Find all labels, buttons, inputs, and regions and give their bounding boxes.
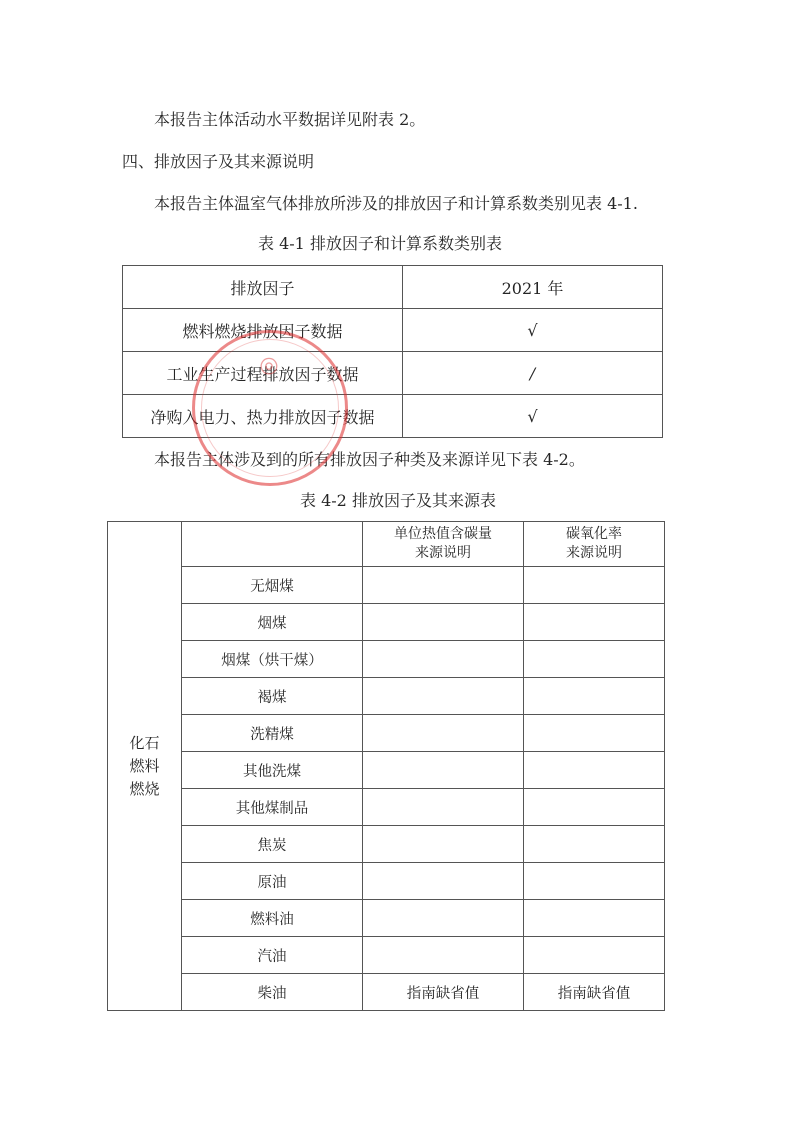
table-row: 褐煤 bbox=[108, 678, 665, 715]
oxidation-rate-cell bbox=[524, 641, 665, 678]
fuel-cell: 褐煤 bbox=[182, 678, 363, 715]
group-label-line: 燃料 bbox=[108, 755, 181, 778]
fuel-cell: 洗精煤 bbox=[182, 715, 363, 752]
header-carbon-content: 单位热值含碳量 来源说明 bbox=[363, 522, 524, 567]
carbon-content-cell bbox=[363, 789, 524, 826]
group-cell-fossil-fuel-combustion: 化石 燃料 燃烧 bbox=[108, 522, 182, 1011]
carbon-content-cell bbox=[363, 826, 524, 863]
table-row: 燃料燃烧排放因子数据 √ bbox=[123, 309, 663, 352]
table-row: 烟煤 bbox=[108, 604, 665, 641]
table-row: 汽油 bbox=[108, 937, 665, 974]
table-4-1: 排放因子 2021 年 燃料燃烧排放因子数据 √ 工业生产过程排放因子数据 / … bbox=[122, 265, 663, 438]
table-row: 工业生产过程排放因子数据 / bbox=[123, 352, 663, 395]
oxidation-rate-cell bbox=[524, 678, 665, 715]
carbon-content-cell bbox=[363, 900, 524, 937]
carbon-content-cell bbox=[363, 715, 524, 752]
factor-cell: 工业生产过程排放因子数据 bbox=[123, 352, 403, 395]
group-label-line: 化石 bbox=[108, 732, 181, 755]
fuel-cell: 烟煤 bbox=[182, 604, 363, 641]
table-4-2-caption: 表 4-2 排放因子及其来源表 bbox=[300, 491, 496, 511]
fuel-cell: 汽油 bbox=[182, 937, 363, 974]
table-row: 焦炭 bbox=[108, 826, 665, 863]
table-row: 洗精煤 bbox=[108, 715, 665, 752]
header-oxidation-rate: 碳氧化率 来源说明 bbox=[524, 522, 665, 567]
header-year: 2021 年 bbox=[403, 266, 663, 309]
oxidation-rate-cell bbox=[524, 567, 665, 604]
header-line: 来源说明 bbox=[524, 544, 664, 563]
oxidation-rate-cell bbox=[524, 826, 665, 863]
table-row: 柴油指南缺省值指南缺省值 bbox=[108, 974, 665, 1011]
value-cell: / bbox=[403, 352, 663, 395]
carbon-content-cell bbox=[363, 678, 524, 715]
oxidation-rate-cell bbox=[524, 789, 665, 826]
header-line: 来源说明 bbox=[363, 544, 523, 563]
fuel-cell: 其他洗煤 bbox=[182, 752, 363, 789]
oxidation-rate-cell bbox=[524, 715, 665, 752]
carbon-content-cell: 指南缺省值 bbox=[363, 974, 524, 1011]
table-header-row: 化石 燃料 燃烧 单位热值含碳量 来源说明 碳氧化率 来源说明 bbox=[108, 522, 665, 567]
oxidation-rate-cell bbox=[524, 863, 665, 900]
table-4-1-caption: 表 4-1 排放因子和计算系数类别表 bbox=[258, 234, 502, 254]
oxidation-rate-cell: 指南缺省值 bbox=[524, 974, 665, 1011]
fuel-cell: 烟煤（烘干煤） bbox=[182, 641, 363, 678]
header-line: 碳氧化率 bbox=[524, 525, 664, 544]
fuel-cell: 燃料油 bbox=[182, 900, 363, 937]
carbon-content-cell bbox=[363, 567, 524, 604]
oxidation-rate-cell bbox=[524, 604, 665, 641]
carbon-content-cell bbox=[363, 752, 524, 789]
table-row: 燃料油 bbox=[108, 900, 665, 937]
value-cell: √ bbox=[403, 309, 663, 352]
section-heading: 四、排放因子及其来源说明 bbox=[122, 152, 314, 172]
paragraph-factor-sources: 本报告主体涉及到的所有排放因子种类及来源详见下表 4-2。 bbox=[154, 450, 585, 470]
header-fuel-empty bbox=[182, 522, 363, 567]
value-cell: √ bbox=[403, 395, 663, 438]
fuel-cell: 其他煤制品 bbox=[182, 789, 363, 826]
paragraph-activity-data: 本报告主体活动水平数据详见附表 2。 bbox=[154, 110, 425, 130]
paragraph-factor-intro: 本报告主体温室气体排放所涉及的排放因子和计算系数类别见表 4-1. bbox=[154, 194, 638, 214]
table-4-2: 化石 燃料 燃烧 单位热值含碳量 来源说明 碳氧化率 来源说明 无烟煤 烟煤 烟… bbox=[107, 521, 665, 1011]
table-row: 其他洗煤 bbox=[108, 752, 665, 789]
group-label-line: 燃烧 bbox=[108, 778, 181, 801]
table-row: 净购入电力、热力排放因子数据 √ bbox=[123, 395, 663, 438]
table-header-row: 排放因子 2021 年 bbox=[123, 266, 663, 309]
header-line: 单位热值含碳量 bbox=[363, 525, 523, 544]
table-row: 原油 bbox=[108, 863, 665, 900]
table-row: 无烟煤 bbox=[108, 567, 665, 604]
fuel-cell: 柴油 bbox=[182, 974, 363, 1011]
fuel-cell: 无烟煤 bbox=[182, 567, 363, 604]
table-row: 烟煤（烘干煤） bbox=[108, 641, 665, 678]
carbon-content-cell bbox=[363, 641, 524, 678]
oxidation-rate-cell bbox=[524, 937, 665, 974]
fuel-cell: 焦炭 bbox=[182, 826, 363, 863]
oxidation-rate-cell bbox=[524, 900, 665, 937]
fuel-cell: 原油 bbox=[182, 863, 363, 900]
carbon-content-cell bbox=[363, 937, 524, 974]
carbon-content-cell bbox=[363, 863, 524, 900]
factor-cell: 净购入电力、热力排放因子数据 bbox=[123, 395, 403, 438]
carbon-content-cell bbox=[363, 604, 524, 641]
oxidation-rate-cell bbox=[524, 752, 665, 789]
header-factor: 排放因子 bbox=[123, 266, 403, 309]
table-row: 其他煤制品 bbox=[108, 789, 665, 826]
factor-cell: 燃料燃烧排放因子数据 bbox=[123, 309, 403, 352]
